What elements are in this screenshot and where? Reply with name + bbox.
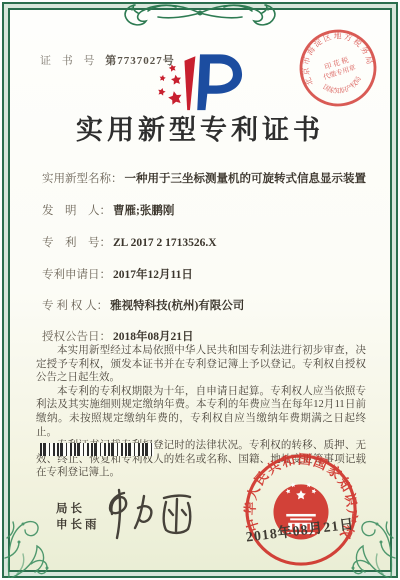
body-paragraph-1: 本实用新型经过本局依照中华人民共和国专利法进行初步审查，决定授予专利权，颁发本证… <box>36 344 366 385</box>
field-value: 一种用于三坐标测量机的可旋转式信息显示装置 <box>125 173 367 185</box>
director-signature <box>98 484 208 544</box>
field-inventor: 发 明 人：曹雁;张鹏刚 <box>42 202 174 218</box>
certificate-number-label: 证 书 号 <box>40 55 99 67</box>
field-value: 2018年08月21日 <box>113 331 194 343</box>
field-filing-date: 专利申请日：2017年12月11日 <box>42 266 193 282</box>
director-block: 局长 申长雨 <box>56 501 100 533</box>
certificate-title: 实用新型专利证书 <box>0 108 400 147</box>
field-value: 2017年12月11日 <box>113 269 193 281</box>
director-title: 局长 <box>56 501 100 517</box>
field-value: 雅视特科技(杭州)有限公司 <box>110 300 244 312</box>
cnipa-logo-icon <box>152 48 248 112</box>
field-utility-model-name: 实用新型名称：一种用于三坐标测量机的可旋转式信息显示装置 <box>42 170 366 186</box>
director-name: 申长雨 <box>56 517 100 533</box>
top-flourish-ornament <box>108 0 292 29</box>
tax-stamp-arc-top: 北京市海淀区地方税务局 <box>296 26 376 88</box>
field-label: 实用新型名称： <box>42 173 123 185</box>
barcode <box>40 443 154 456</box>
field-value: 曹雁;张鹏刚 <box>113 205 174 217</box>
field-value: ZL 2017 2 1713526.X <box>113 237 217 249</box>
field-label: 授权公告日： <box>42 331 111 343</box>
field-patent-number: 专 利 号：ZL 2017 2 1713526.X <box>42 234 217 250</box>
field-label: 专利申请日： <box>42 269 111 281</box>
patent-certificate: 证 书 号 第7737027号 北京市海淀区地方税务局 国家知识产权局 <box>0 0 400 580</box>
field-grant-date: 授权公告日：2018年08月21日 <box>42 328 194 344</box>
official-seal-icon: 中华人民共和国国家知识产权局 <box>242 451 360 569</box>
field-label: 专 利 权 人： <box>42 300 108 312</box>
field-patentee: 专 利 权 人：雅视特科技(杭州)有限公司 <box>42 297 244 313</box>
svg-text:北京市海淀区地方税务局: 北京市海淀区地方税务局 <box>296 26 376 88</box>
field-label: 专 利 号： <box>42 237 111 249</box>
tax-stamp-icon: 北京市海淀区地方税务局 国家知识产权局 印 花 税 代缴专用章 <box>296 26 380 110</box>
field-label: 发 明 人： <box>42 205 111 217</box>
body-paragraph-2: 本专利的专利权期限为十年，自申请日起算。专利权人应当依照专利法及其实施细则规定缴… <box>36 385 366 439</box>
